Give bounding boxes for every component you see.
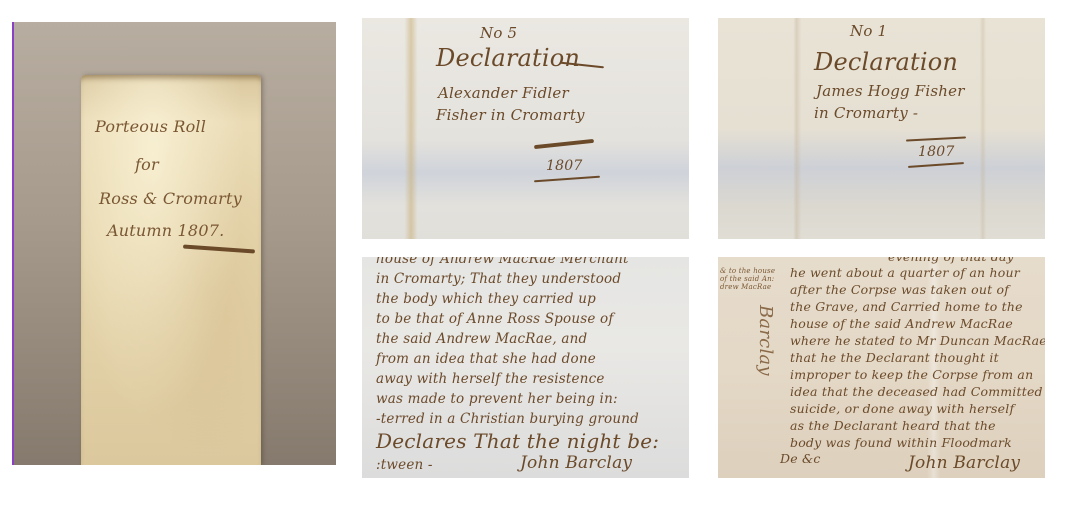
text-line: that he the Declarant thought it (790, 350, 999, 365)
year-underline (908, 162, 964, 168)
declarant-name: James Hogg Fisher (816, 82, 965, 100)
text-line: away with herself the resistence (376, 371, 605, 387)
declaration-year: 1807 (546, 158, 582, 174)
declarant-name: Alexander Fidler (438, 84, 569, 102)
parchment-roll: Porteous Roll for Ross & Cromarty Autumn… (81, 75, 261, 465)
year-underline (534, 176, 600, 183)
text-line: from an idea that she had done (376, 351, 596, 367)
year-overline (906, 136, 966, 141)
text-line: house of Andrew MacRae Merchant (376, 257, 629, 267)
pen-flourish (183, 244, 255, 253)
declarant-location: in Cromarty - (814, 104, 918, 122)
declarant-occupation: Fisher in Cromarty (436, 106, 585, 124)
text-line: after the Corpse was taken out of (790, 282, 1009, 297)
text-line: evening of that day (888, 257, 1014, 264)
declaration-title: Declaration (436, 44, 580, 72)
text-line: to be that of Anne Ross Spouse of (376, 311, 614, 327)
text-line: the Grave, and Carried home to the (790, 299, 1023, 314)
cover-line-for: for (135, 155, 159, 174)
pen-flourish (534, 139, 594, 149)
text-line: was made to prevent her being in: (376, 391, 618, 407)
text-line: where he stated to Mr Duncan MacRae (790, 333, 1045, 348)
text-line: the body which they carried up (376, 291, 596, 307)
cover-title: Porteous Roll (95, 117, 206, 136)
cover-season-year: Autumn 1807. (107, 221, 224, 240)
text-line: suicide, or done away with herself (790, 401, 1014, 416)
text-line: body was found within Floodmark (790, 435, 1012, 450)
text-line: he went about a quarter of an hour (790, 265, 1020, 280)
cover-photo: Porteous Roll for Ross & Cromarty Autumn… (12, 22, 336, 465)
declaration-title: Declaration (814, 48, 958, 76)
margin-note: drew MacRae (720, 283, 771, 291)
text-line: in Cromarty; That they understood (376, 271, 621, 287)
signature: John Barclay (908, 453, 1020, 473)
text-line-declares: Declares That the night be: (376, 429, 659, 453)
declaration-year: 1807 (918, 144, 954, 160)
text-line: as the Declarant heard that the (790, 418, 996, 433)
margin-note: of the said An: (720, 275, 774, 283)
text-line: :tween - (376, 457, 433, 473)
declaration-number: No 1 (850, 22, 887, 40)
text-line: -terred in a Christian burying ground (376, 411, 639, 427)
declaration-1-cover: No 1 Declaration James Hogg Fisher in Cr… (718, 18, 1045, 239)
text-line: the said Andrew MacRae, and (376, 331, 587, 347)
text-line: idea that the deceased had Committed (790, 384, 1043, 399)
vertical-signature: Barclay (755, 305, 776, 376)
text-line: house of the said Andrew MacRae (790, 316, 1013, 331)
cover-county: Ross & Cromarty (99, 189, 242, 208)
declaration-5-cover: No 5 Declaration Alexander Fidler Fisher… (362, 18, 689, 239)
signature: John Barclay (520, 453, 632, 473)
declaration-1-page: & to the house of the said An: drew MacR… (718, 257, 1045, 478)
declaration-5-page: house of Andrew MacRae Merchant in Croma… (362, 257, 689, 478)
text-line: improper to keep the Corpse from an (790, 367, 1033, 382)
declaration-number: No 5 (480, 24, 517, 42)
margin-note: & to the house (720, 267, 775, 275)
text-line-declares-abbrev: De &c (780, 451, 821, 466)
